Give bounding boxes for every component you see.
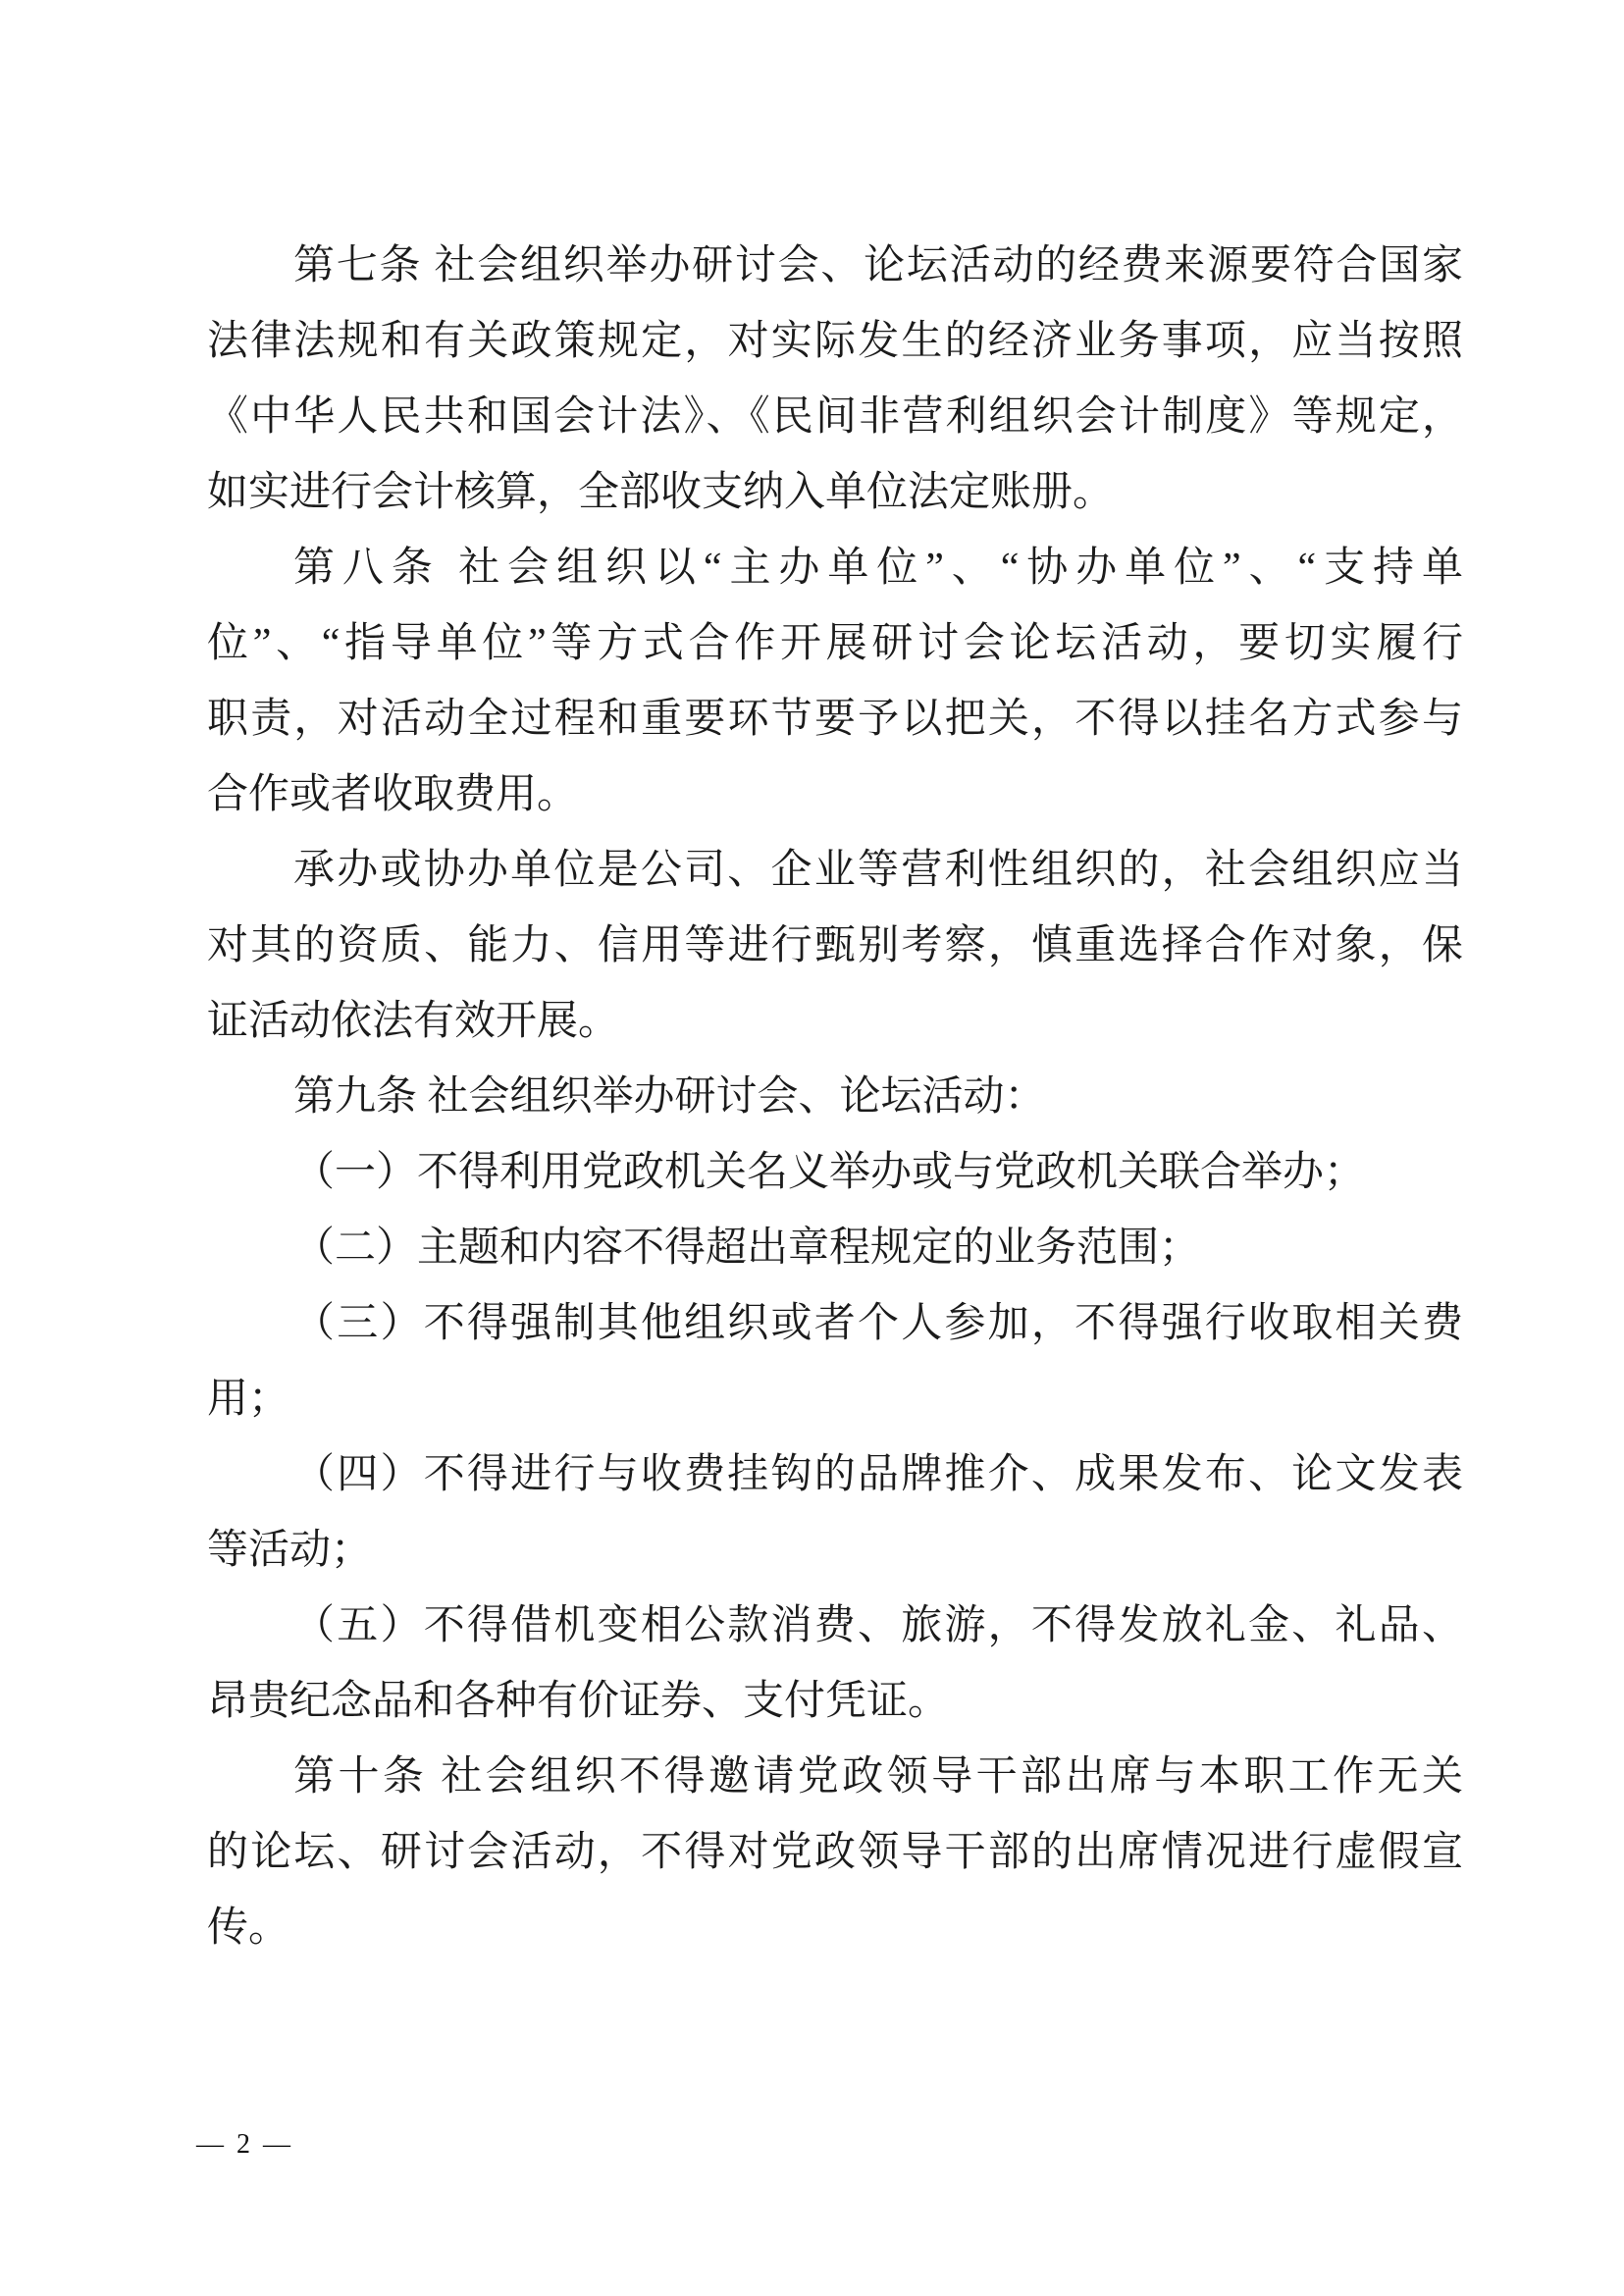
paragraph: （一）不得利用党政机关名义举办或与党政机关联合举办； bbox=[207, 1135, 1463, 1211]
text-line: （五）不得借机变相公款消费、旅游，不得发放礼金、礼品、 bbox=[207, 1589, 1463, 1664]
document-page: 第七条 社会组织举办研讨会、论坛活动的经费来源要符合国家法律法规和有关政策规定，… bbox=[0, 0, 1624, 2296]
text-line: 对其的资质、能力、信用等进行甄别考察，慎重选择合作对象，保 bbox=[207, 909, 1463, 984]
paragraph: （二）主题和内容不得超出章程规定的业务范围； bbox=[207, 1211, 1463, 1286]
text-line: 昂贵纪念品和各种有价证券、支付凭证。 bbox=[207, 1664, 1463, 1740]
text-line: （三）不得强制其他组织或者个人参加，不得强行收取相关费 bbox=[207, 1286, 1463, 1362]
text-line: 证活动依法有效开展。 bbox=[207, 984, 1463, 1060]
paragraph: 第九条 社会组织举办研讨会、论坛活动： bbox=[207, 1060, 1463, 1135]
page-footer: — 2 — bbox=[196, 2127, 293, 2163]
text-line: 法律法规和有关政策规定，对实际发生的经济业务事项，应当按照 bbox=[207, 304, 1463, 380]
paragraph: （五）不得借机变相公款消费、旅游，不得发放礼金、礼品、昂贵纪念品和各种有价证券、… bbox=[207, 1589, 1463, 1740]
text-line: （一）不得利用党政机关名义举办或与党政机关联合举办； bbox=[207, 1135, 1463, 1211]
paragraph: 第八条 社会组织以“主办单位”、“协办单位”、“支持单位”、“指导单位”等方式合… bbox=[207, 531, 1463, 833]
document-body: 第七条 社会组织举办研讨会、论坛活动的经费来源要符合国家法律法规和有关政策规定，… bbox=[207, 229, 1463, 1966]
text-line: 第九条 社会组织举办研讨会、论坛活动： bbox=[207, 1060, 1463, 1135]
text-line: 的论坛、研讨会活动，不得对党政领导干部的出席情况进行虚假宣 bbox=[207, 1815, 1463, 1891]
text-line: 如实进行会计核算，全部收支纳入单位法定账册。 bbox=[207, 455, 1463, 531]
text-line: 第十条 社会组织不得邀请党政领导干部出席与本职工作无关 bbox=[207, 1740, 1463, 1815]
paragraph: 第十条 社会组织不得邀请党政领导干部出席与本职工作无关的论坛、研讨会活动，不得对… bbox=[207, 1740, 1463, 1966]
text-line: 承办或协办单位是公司、企业等营利性组织的，社会组织应当 bbox=[207, 833, 1463, 909]
paragraph: （三）不得强制其他组织或者个人参加，不得强行收取相关费用； bbox=[207, 1286, 1463, 1437]
text-line: 第八条 社会组织以“主办单位”、“协办单位”、“支持单 bbox=[207, 531, 1463, 606]
text-line: 职责，对活动全过程和重要环节要予以把关，不得以挂名方式参与 bbox=[207, 682, 1463, 757]
text-line: 第七条 社会组织举办研讨会、论坛活动的经费来源要符合国家 bbox=[207, 229, 1463, 304]
paragraph: （四）不得进行与收费挂钩的品牌推介、成果发布、论文发表等活动； bbox=[207, 1437, 1463, 1589]
paragraph: 承办或协办单位是公司、企业等营利性组织的，社会组织应当对其的资质、能力、信用等进… bbox=[207, 833, 1463, 1060]
text-line: 用； bbox=[207, 1362, 1463, 1437]
text-line: 合作或者收取费用。 bbox=[207, 757, 1463, 833]
text-line: （四）不得进行与收费挂钩的品牌推介、成果发布、论文发表 bbox=[207, 1437, 1463, 1513]
text-line: 等活动； bbox=[207, 1513, 1463, 1589]
text-line: 位”、“指导单位”等方式合作开展研讨会论坛活动，要切实履行 bbox=[207, 606, 1463, 682]
text-line: 传。 bbox=[207, 1891, 1463, 1966]
paragraph: 第七条 社会组织举办研讨会、论坛活动的经费来源要符合国家法律法规和有关政策规定，… bbox=[207, 229, 1463, 531]
text-line: （二）主题和内容不得超出章程规定的业务范围； bbox=[207, 1211, 1463, 1286]
page-number: — 2 — bbox=[196, 2129, 293, 2160]
text-line: 《中华人民共和国会计法》、《民间非营利组织会计制度》等规定， bbox=[207, 380, 1463, 455]
